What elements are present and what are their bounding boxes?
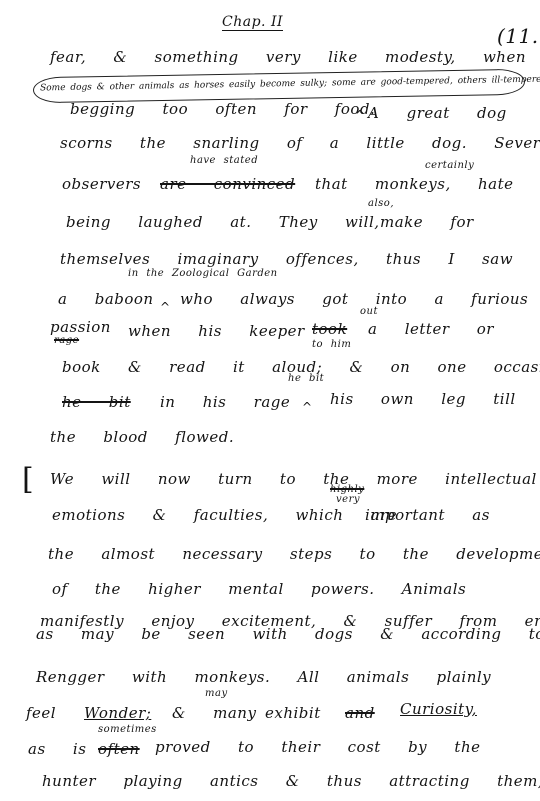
manuscript-line-7-rest: who always got into a furious xyxy=(180,290,528,308)
struck-text: rage xyxy=(54,335,79,346)
interlinear-insertion: also, xyxy=(368,198,394,209)
interlinear-insertion: may xyxy=(205,688,228,699)
underlined-word: Wonder; xyxy=(84,704,151,722)
manuscript-line-20-rest: proved to their cost by the xyxy=(155,738,481,756)
interlinear-insertion: he bit xyxy=(288,373,324,384)
manuscript-line-7: a baboon xyxy=(58,290,154,308)
interlinear-insertion: sometimes xyxy=(98,724,157,735)
manuscript-line-19-rest: & many xyxy=(172,704,256,722)
underlined-word: Curiosity, xyxy=(400,700,477,718)
paragraph-bracket: [ xyxy=(22,462,34,497)
manuscript-line-1: fear, & something very like modesty, whe… xyxy=(50,48,526,66)
manuscript-line-6: themselves imaginary offences, thus I sa… xyxy=(60,250,513,268)
struck-text: took xyxy=(312,320,347,338)
manuscript-line-10: in his rage xyxy=(160,393,290,411)
manuscript-line-13: emotions & faculties, which are xyxy=(52,506,397,524)
insertion-caret-icon: ^ xyxy=(160,300,170,314)
interlinear-insertion: out xyxy=(360,306,378,317)
interlinear-insertion: very xyxy=(336,494,360,505)
manuscript-line-5-rest: make for xyxy=(380,213,474,231)
interlinear-insertion: have stated xyxy=(190,155,258,166)
manuscript-line-19-rest2: exhibit xyxy=(265,704,321,722)
struck-text: he bit xyxy=(62,393,131,411)
manuscript-line-15: of the higher mental powers. Animals xyxy=(52,580,466,598)
manuscript-line-19: feel xyxy=(26,704,56,722)
manuscript-line-8-rest2: a letter or xyxy=(368,320,494,338)
manuscript-line-8-rest: when his keeper xyxy=(128,322,305,340)
manuscript-line-4-rest: that monkeys, hate xyxy=(315,175,514,193)
struck-text: and xyxy=(345,704,375,722)
manuscript-line-14: the almost necessary steps to the develo… xyxy=(48,545,540,563)
interlinear-insertion: to him xyxy=(312,339,351,350)
manuscript-line-20: as is xyxy=(28,740,86,758)
manuscript-line-3: scorns the snarling of a little dog. Sev… xyxy=(60,134,540,152)
chapter-heading: Chap. II xyxy=(222,14,283,30)
manuscript-line-21: hunter playing antics & thus attracting … xyxy=(42,772,540,790)
interlinear-insertion: certainly xyxy=(425,160,474,171)
manuscript-line-18: Rengger with monkeys. All animals plainl… xyxy=(36,668,491,686)
manuscript-line-5: being laughed at. They will, xyxy=(66,213,380,231)
manuscript-line-17: as may be seen with dogs & according to xyxy=(36,625,540,643)
manuscript-line-2-insert: A great dog xyxy=(368,104,507,122)
manuscript-line-2: begging too often for food. xyxy=(70,100,375,118)
manuscript-line-4: observers xyxy=(62,175,141,193)
manuscript-line-12: We will now turn to the more intellectua… xyxy=(50,470,537,488)
manuscript-line-8: passion xyxy=(50,318,111,336)
struck-text: are convinced xyxy=(160,175,295,193)
manuscript-line-10-rest: his own leg till xyxy=(330,390,516,408)
manuscript-page: Chap. II (11. fear, & something very lik… xyxy=(0,0,540,801)
interlinear-insertion: in the Zoological Garden xyxy=(128,268,278,279)
struck-text: often xyxy=(98,740,140,758)
manuscript-line-13-rest: important as xyxy=(365,506,490,524)
insertion-caret-icon: ^ xyxy=(355,108,365,122)
page-number: (11. xyxy=(497,24,539,48)
manuscript-line-11: the blood flowed. xyxy=(50,428,234,446)
insertion-caret-icon: ^ xyxy=(302,400,312,414)
